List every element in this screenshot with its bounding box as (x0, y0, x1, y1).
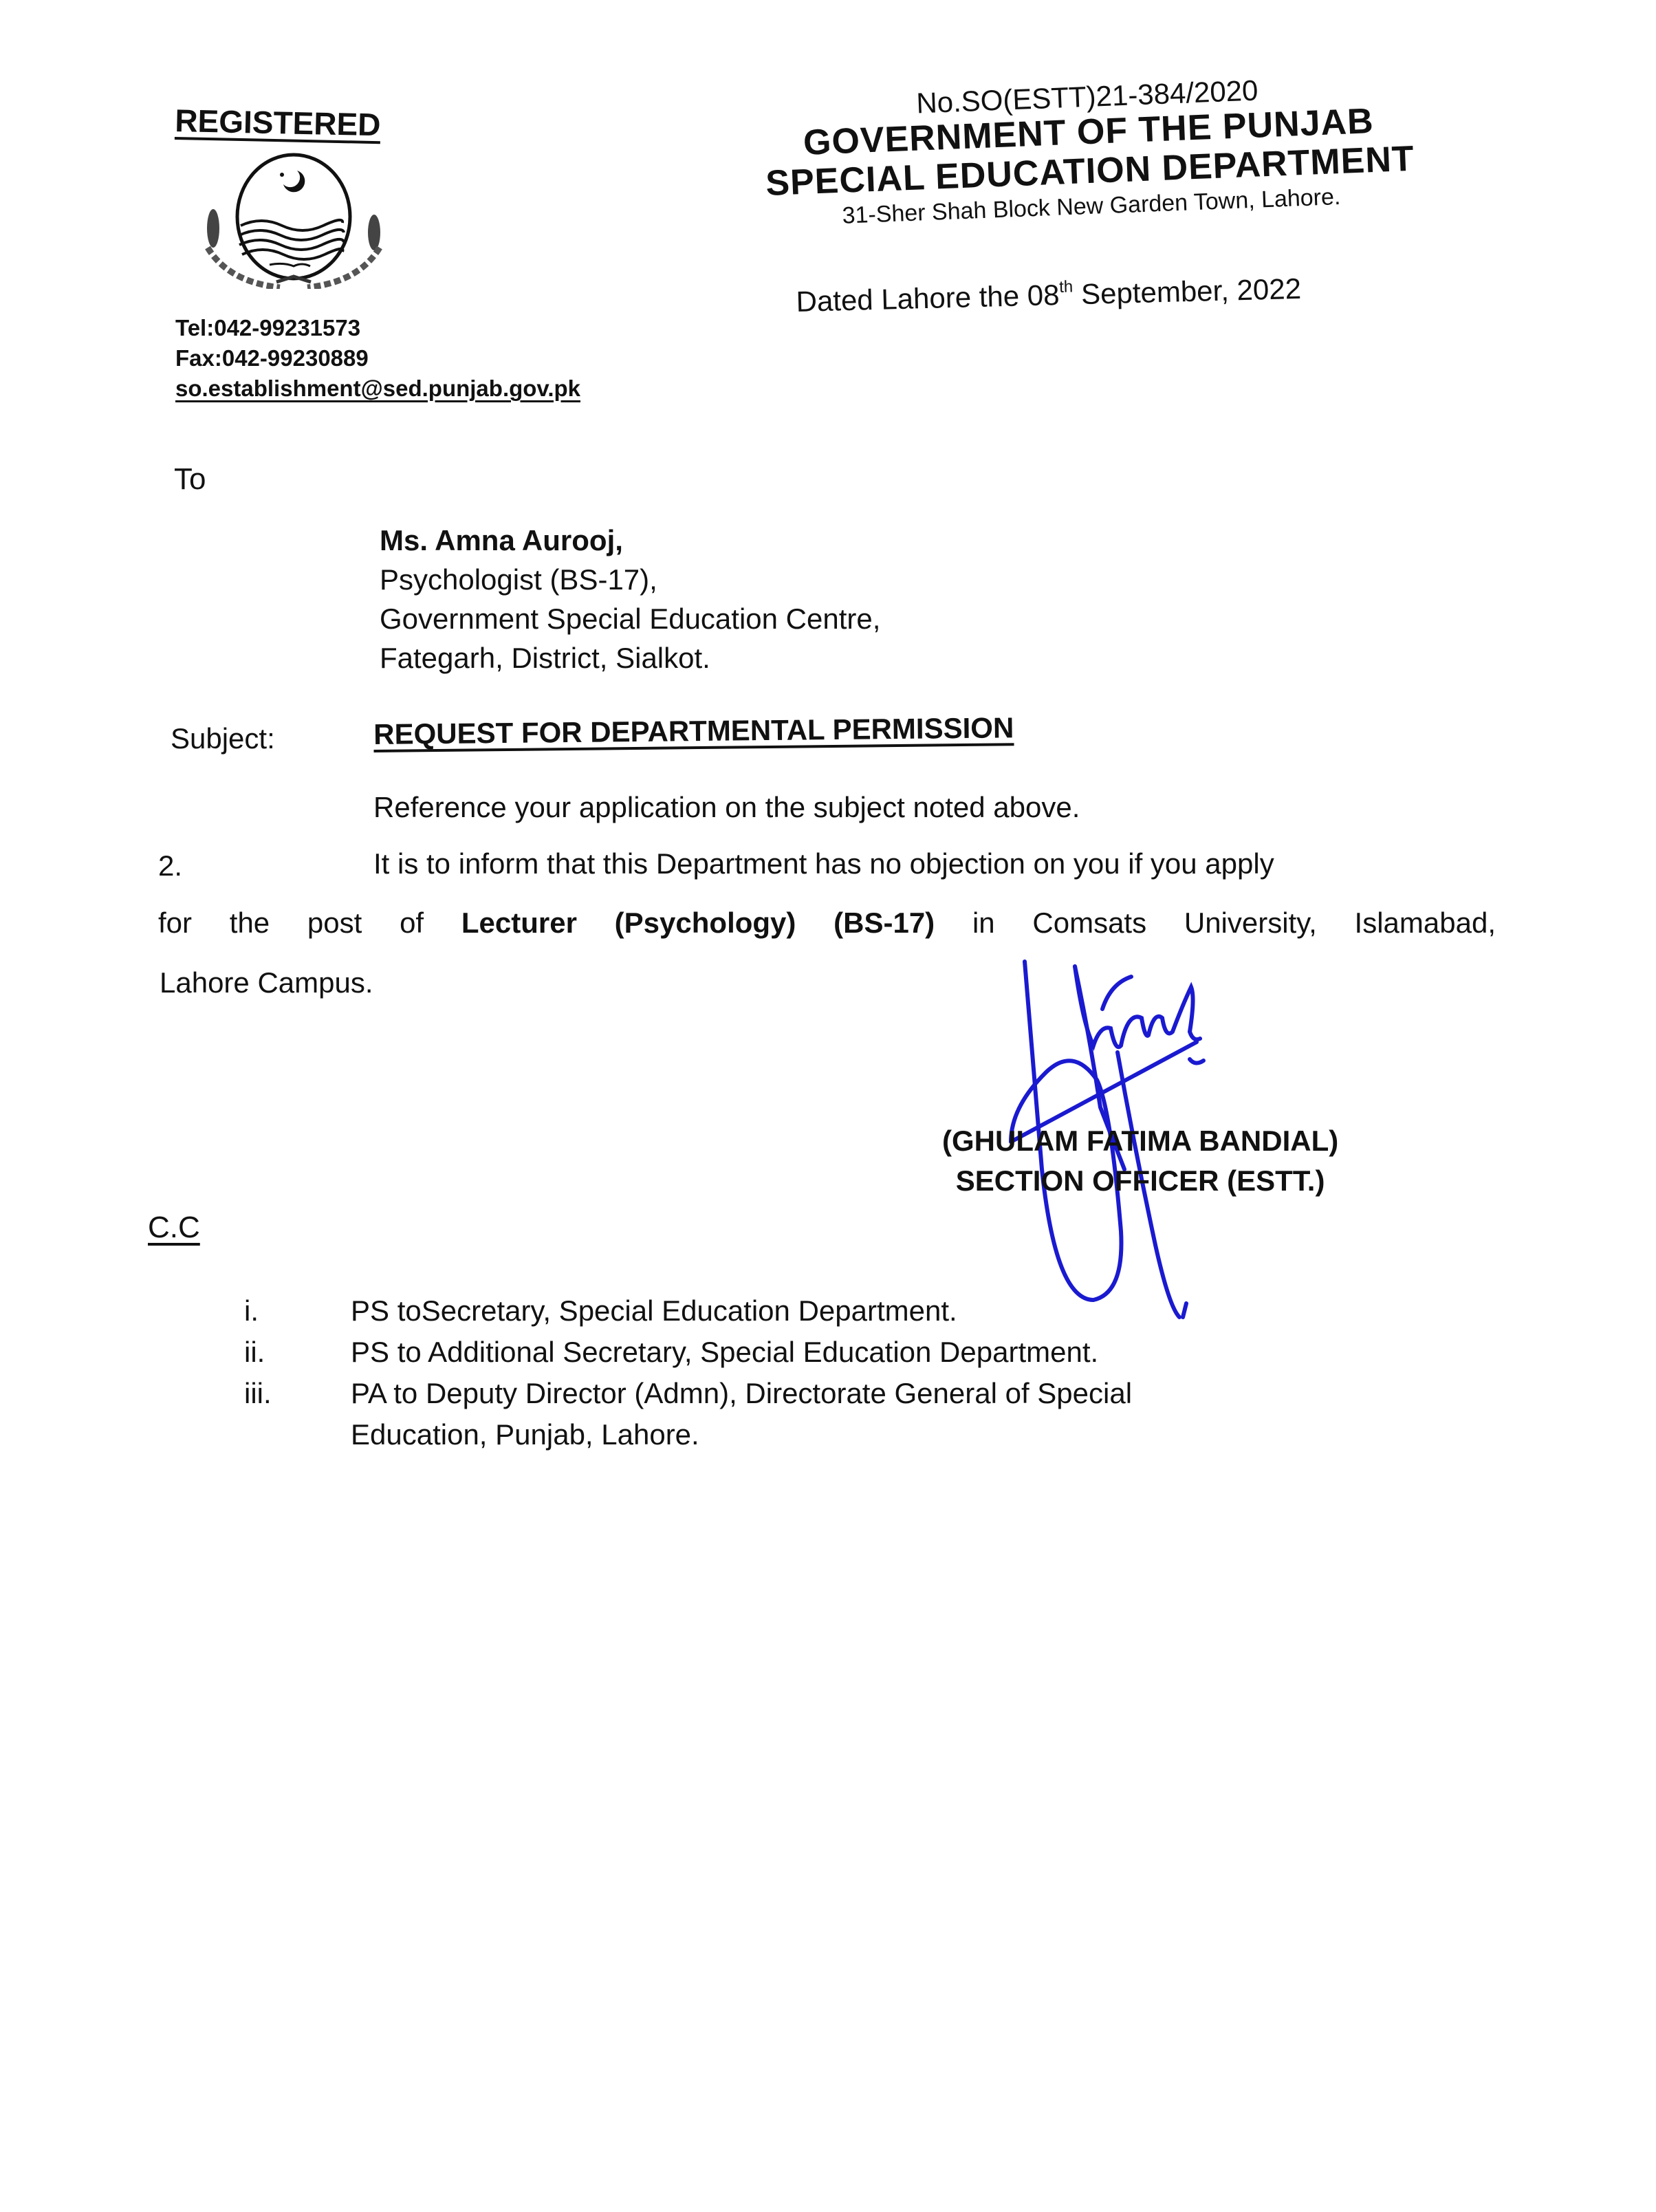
recipient-line: Psychologist (BS-17), (380, 560, 880, 599)
signatory-block: (GHULAM FATIMA BANDIAL) SECTION OFFICER … (942, 1121, 1338, 1201)
paragraph-2-number: 2. (158, 849, 182, 882)
letter-date: Dated Lahore the 08th September, 2022 (796, 272, 1302, 318)
subject-text: REQUEST FOR DEPARTMENTAL PERMISSION (373, 711, 1014, 751)
cc-item-number: i. (244, 1294, 259, 1327)
paragraph-2-line-3: Lahore Campus. (160, 966, 373, 999)
recipient-name: Ms. Amna Aurooj, (380, 521, 880, 560)
text-span: in Comsats University, Islamabad, (935, 907, 1496, 939)
date-rest: September, 2022 (1073, 272, 1302, 311)
recipient-line: Fategarh, District, Sialkot. (380, 638, 880, 677)
cc-label: C.C (148, 1211, 200, 1245)
text-span: for the post of (158, 907, 461, 939)
paragraph-2-line-2: for the post of Lecturer (Psychology) (B… (158, 907, 1496, 940)
cc-item-continuation: Education, Punjab, Lahore. (351, 1418, 699, 1451)
subject-label: Subject: (171, 722, 275, 755)
cc-item-number: ii. (244, 1336, 265, 1369)
cc-item: PA to Deputy Director (Admn), Directorat… (351, 1377, 1132, 1410)
punjab-emblem-icon (194, 151, 393, 289)
cc-item-number: iii. (244, 1377, 272, 1410)
telephone-number: Tel:042-99231573 (175, 313, 580, 343)
contact-block: Tel:042-99231573 Fax:042-99230889 so.est… (175, 313, 580, 404)
cc-item: PS toSecretary, Special Education Depart… (351, 1294, 957, 1327)
post-title: Lecturer (Psychology) (BS-17) (461, 907, 935, 939)
paragraph-1: Reference your application on the subjec… (373, 791, 1080, 824)
letterhead-header: No.SO(ESTT)21-384/2020 GOVERNMENT OF THE… (743, 68, 1435, 235)
date-ordinal: th (1059, 277, 1074, 296)
cc-item: PS to Additional Secretary, Special Educ… (351, 1336, 1098, 1369)
recipient-line: Government Special Education Centre, (380, 599, 880, 638)
to-label: To (174, 462, 206, 497)
recipient-address: Ms. Amna Aurooj, Psychologist (BS-17), G… (380, 521, 880, 677)
signatory-designation: SECTION OFFICER (ESTT.) (942, 1161, 1338, 1201)
paragraph-2-line-1: It is to inform that this Department has… (373, 847, 1274, 880)
email-link[interactable]: so.establishment@sed.punjab.gov.pk (175, 373, 580, 404)
date-prefix: Dated Lahore the 08 (796, 279, 1060, 318)
registered-label: REGISTERED (175, 102, 381, 143)
fax-number: Fax:042-99230889 (175, 343, 580, 373)
signatory-name: (GHULAM FATIMA BANDIAL) (942, 1121, 1338, 1161)
